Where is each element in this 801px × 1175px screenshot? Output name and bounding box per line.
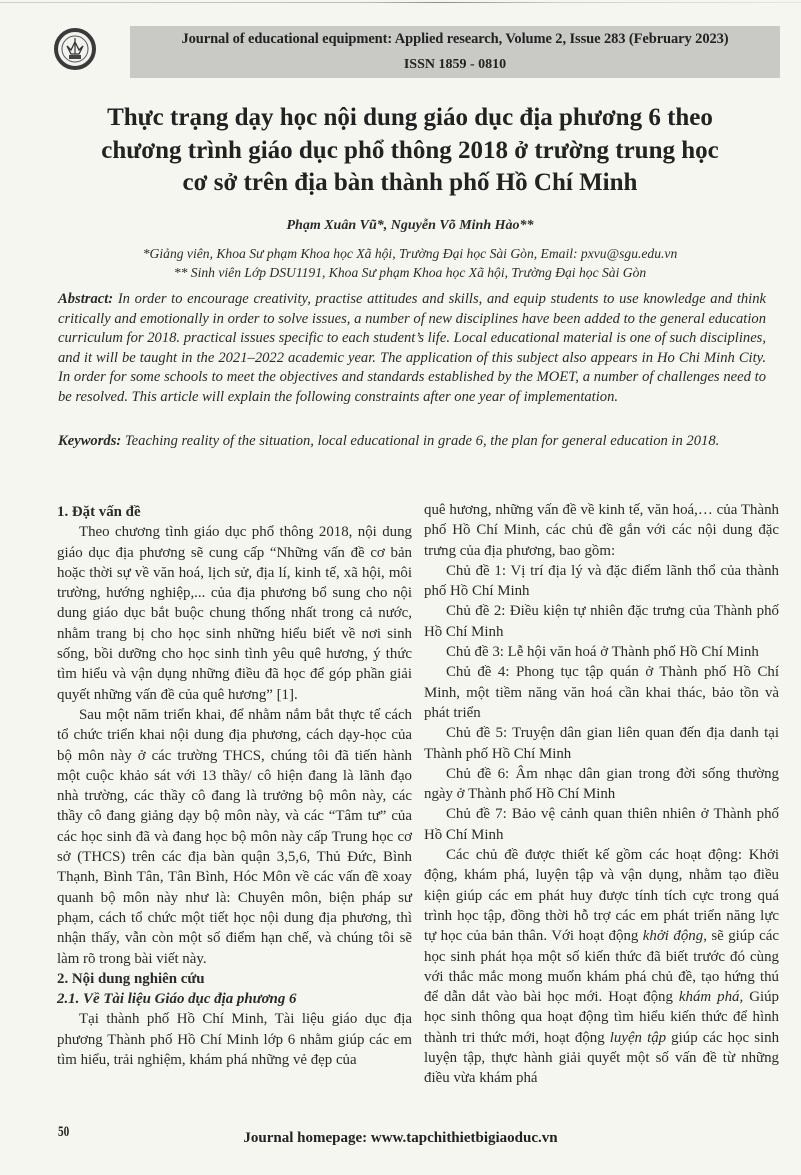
journal-homepage: Journal homepage: www.tapchithietbigiaod…: [0, 1130, 801, 1147]
topic-item: Chủ đề 7: Bảo vệ cảnh quan thiên nhiên ở…: [424, 804, 779, 845]
abstract-text: In order to encourage creativity, practi…: [58, 291, 766, 405]
abstract-label: Abstract:: [58, 291, 113, 307]
emphasis: khám phá,: [679, 989, 743, 1005]
title-line: chương trình giáo dục phổ thông 2018 ở t…: [40, 135, 780, 168]
paragraph: Các chủ đề được thiết kế gồm các hoạt độ…: [424, 845, 779, 1089]
section-heading-1: 1. Đặt vấn đề: [57, 502, 412, 522]
journal-name: Journal of educational equipment: Applie…: [130, 31, 780, 48]
topic-item: Chủ đề 3: Lễ hội văn hoá ở Thành phố Hồ …: [424, 642, 779, 662]
emphasis: khởi động: [643, 928, 703, 944]
paragraph: Sau một năm triển khai, để nhằm nắm bắt …: [57, 705, 412, 969]
right-column: quê hương, những vấn đề về kinh tế, văn …: [424, 500, 779, 1089]
topic-item: Chủ đề 2: Điều kiện tự nhiên đặc trưng c…: [424, 601, 779, 642]
affiliation-1: *Giảng viên, Khoa Sư phạm Khoa học Xã hộ…: [40, 246, 780, 262]
title-line: cơ sở trên địa bàn thành phố Hồ Chí Minh: [40, 167, 780, 200]
left-column: 1. Đặt vấn đề Theo chương tình giáo dục …: [57, 502, 412, 1070]
paragraph: Theo chương tình giáo dục phổ thông 2018…: [57, 522, 412, 705]
topic-item: Chủ đề 5: Truyện dân gian liên quan đến …: [424, 723, 779, 764]
subsection-heading-2-1: 2.1. Về Tài liệu Giáo dục địa phương 6: [57, 989, 412, 1009]
topic-item: Chủ đề 6: Âm nhạc dân gian trong đời sốn…: [424, 764, 779, 805]
authors: Phạm Xuân Vũ*, Nguyễn Võ Minh Hào**: [60, 218, 760, 234]
article-title: Thực trạng dạy học nội dung giáo dục địa…: [40, 102, 780, 200]
abstract: Abstract: In order to encourage creativi…: [58, 290, 766, 407]
journal-crest-logo-icon: [54, 28, 96, 70]
emphasis: luyện tập: [610, 1030, 666, 1046]
issn: ISSN 1859 - 0810: [130, 57, 780, 73]
section-heading-2: 2. Nội dung nghiên cứu: [57, 969, 412, 989]
title-line: Thực trạng dạy học nội dung giáo dục địa…: [40, 102, 780, 135]
paragraph: Tại thành phố Hồ Chí Minh, Tài liệu giáo…: [57, 1009, 412, 1070]
paragraph: quê hương, những vấn đề về kinh tế, văn …: [424, 500, 779, 561]
topic-item: Chủ đề 1: Vị trí địa lý và đặc điểm lãnh…: [424, 561, 779, 602]
topic-item: Chủ đề 4: Phong tục tập quán ở Thành phố…: [424, 662, 779, 723]
affiliation-2: ** Sinh viên Lớp DSU1191, Khoa Sư phạm K…: [40, 265, 780, 281]
keywords-text: Teaching reality of the situation, local…: [125, 433, 719, 449]
header-banner: Journal of educational equipment: Applie…: [130, 26, 780, 78]
top-rule: [0, 2, 801, 3]
journal-header: Journal of educational equipment: Applie…: [40, 22, 780, 82]
keywords-label: Keywords:: [58, 433, 121, 449]
keywords: Keywords: Teaching reality of the situat…: [58, 432, 766, 452]
